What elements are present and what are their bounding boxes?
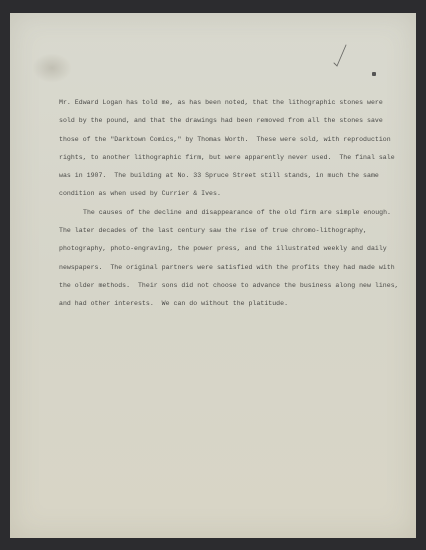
text-line: newspapers. The original partners were s… — [59, 259, 404, 277]
text-line: those of the "Darktown Comics," by Thoma… — [59, 131, 404, 149]
paragraph-1: Mr. Edward Logan has told me, as has bee… — [59, 94, 404, 204]
text-line: the older methods. Their sons did not ch… — [59, 277, 404, 295]
pencil-checkmark-icon — [332, 43, 348, 67]
text-line: and had other interests. We can do witho… — [59, 295, 404, 313]
paragraph-2: The causes of the decline and disappeara… — [59, 204, 404, 314]
text-line: The later decades of the last century sa… — [59, 222, 404, 240]
typewritten-page: Mr. Edward Logan has told me, as has bee… — [10, 13, 416, 538]
text-line: Mr. Edward Logan has told me, as has bee… — [59, 94, 404, 112]
paper-stain — [32, 53, 72, 83]
document-body: Mr. Edward Logan has told me, as has bee… — [59, 94, 404, 314]
text-line: sold by the pound, and that the drawings… — [59, 112, 404, 130]
text-line: was in 1907. The building at No. 33 Spru… — [59, 167, 404, 185]
ink-mark-icon — [372, 72, 376, 76]
text-line: photography, photo-engraving, the power … — [59, 240, 404, 258]
text-line: condition as when used by Currier & Ives… — [59, 185, 404, 203]
text-line: The causes of the decline and disappeara… — [59, 204, 404, 222]
text-line: rights, to another lithographic firm, bu… — [59, 149, 404, 167]
